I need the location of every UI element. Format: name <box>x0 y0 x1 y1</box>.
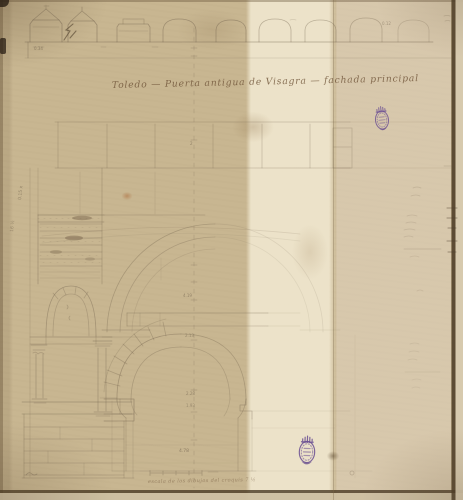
ink-stamp-icon <box>299 436 315 465</box>
measurement-label: 4.78 <box>179 448 189 454</box>
arithmetic-scribbles <box>404 187 441 388</box>
measurement-label: 0.34 <box>34 46 43 51</box>
masonry-pier-drawing <box>22 399 134 478</box>
edge-tally-marks <box>444 166 457 252</box>
battlement-parapet-drawing <box>25 5 451 58</box>
margin-note: 16 ½ <box>8 219 16 232</box>
pencil-drawing: Toledo — Puerta antigua de Visagra — fac… <box>0 0 463 500</box>
ink-stamp-icon <box>374 106 389 131</box>
title-inscription: Toledo — Puerta antigua de Visagra — fac… <box>112 73 419 91</box>
scanned-drawing-sheet: Toledo — Puerta antigua de Visagra — fac… <box>0 0 463 500</box>
margin-notes: 0.15 x 16 ½ <box>8 185 24 232</box>
ashlar-course-drawing <box>30 122 451 477</box>
margin-note: 0.15 x <box>17 185 24 200</box>
measurement-label: 2 <box>190 141 193 146</box>
impost-band-drawing <box>127 313 300 326</box>
measurement-label: 2.13 <box>185 333 194 338</box>
scan-edge-mark <box>0 38 6 54</box>
arcade-columns-drawing <box>30 337 112 416</box>
brick-tower-drawing <box>38 168 205 344</box>
scale-note: escala de los dibujos del croquis 7 ½ <box>148 476 256 485</box>
measurement-label: 0.12 <box>382 21 391 26</box>
measurement-label: 4.19 <box>183 293 192 298</box>
main-arch-drawing <box>42 224 340 337</box>
measurement-label: 2.28 <box>186 391 195 396</box>
horseshoe-door-arch-drawing <box>100 319 372 478</box>
measurement-label: 1.93 <box>186 403 195 408</box>
center-axis-line <box>191 28 197 488</box>
